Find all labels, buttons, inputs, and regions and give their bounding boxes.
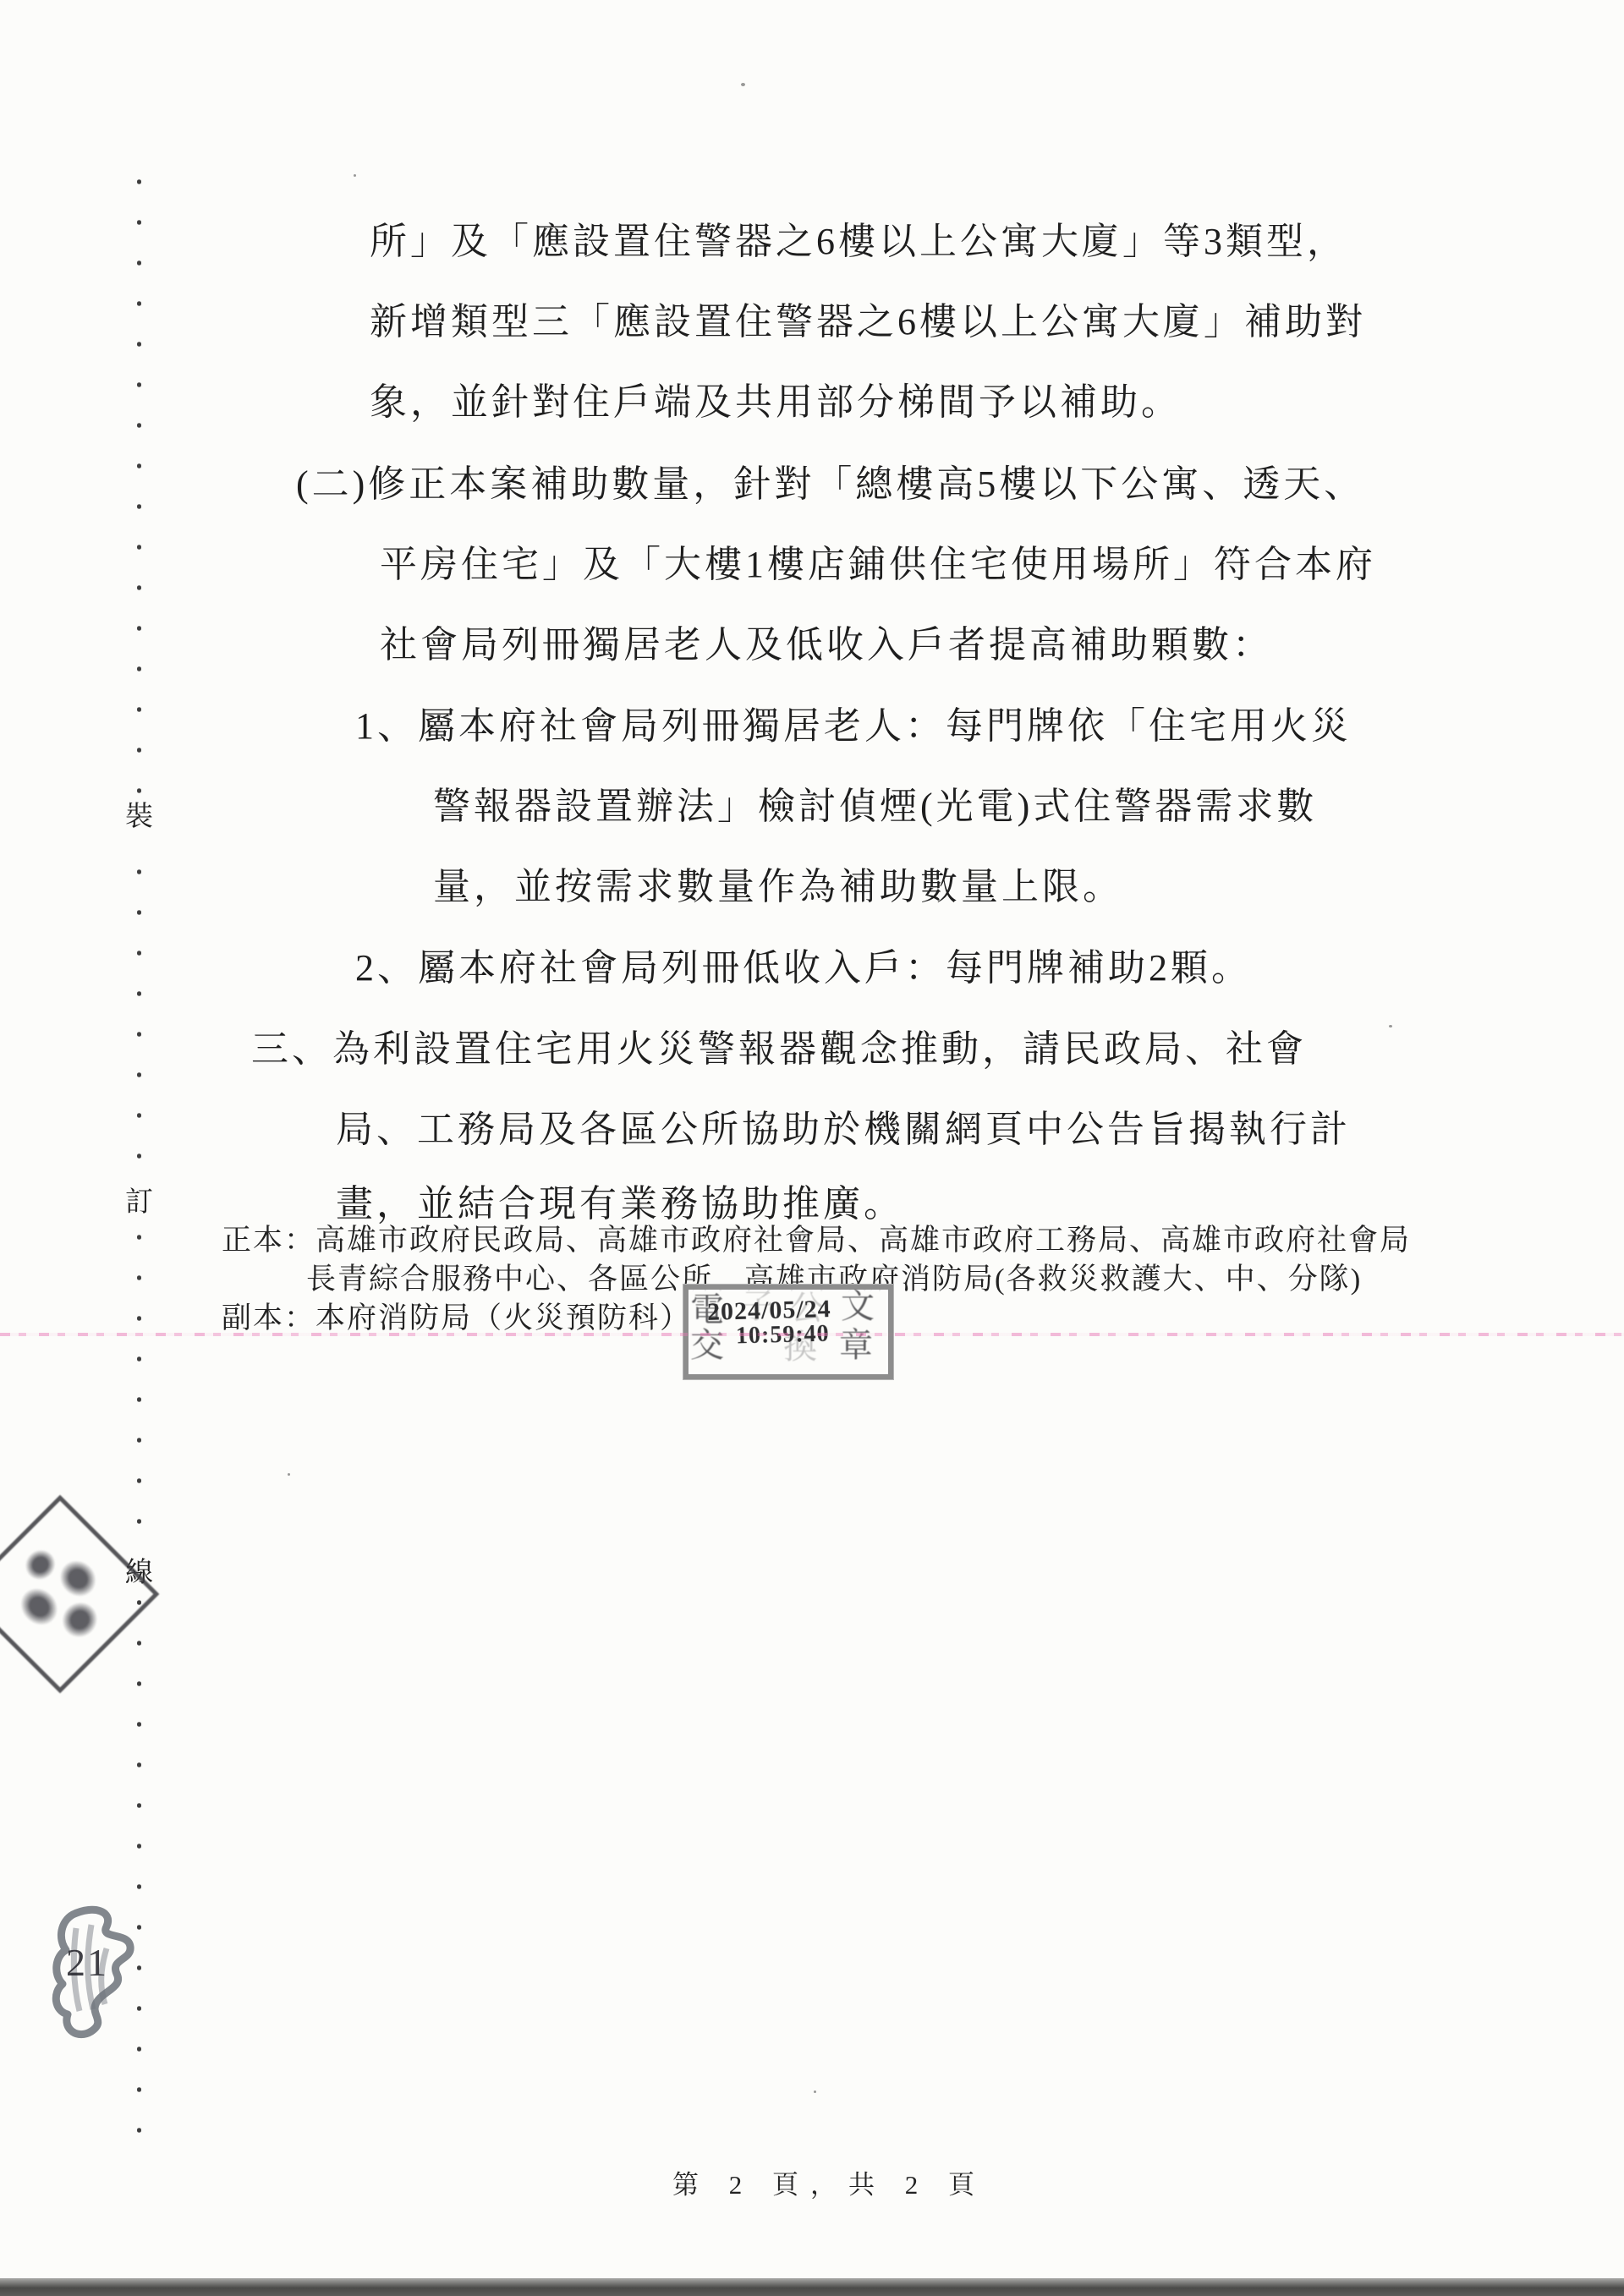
recipient-original-line1: 正本：高雄市政府民政局、高雄市政府社會局、高雄市政府工務局、高雄市政府社會局 bbox=[222, 1225, 1411, 1258]
doodle-number: 21 bbox=[66, 1940, 108, 1985]
binding-mark-zhuang: 裝 bbox=[123, 797, 155, 838]
body-line: 1、屬本府社會局列冊獨居老人：每門牌依「住宅用火災 bbox=[355, 706, 1352, 747]
scan-speck bbox=[288, 1473, 290, 1476]
scan-speck bbox=[814, 2091, 816, 2093]
body-line: 新增類型三「應設置住警器之6樓以上公寓大廈」補助對 bbox=[370, 302, 1366, 342]
binding-mark-ding: 訂 bbox=[123, 1182, 155, 1224]
body-line: 2、屬本府社會局列冊低收入戶：每門牌補助2顆。 bbox=[355, 948, 1252, 989]
handwritten-doodle: 21 bbox=[47, 1903, 149, 2047]
body-line: 警報器設置辦法」檢討偵煙(光電)式住警器需求數 bbox=[433, 786, 1317, 827]
scanned-document-page: 裝 訂 線 所」及「應設置住警器之6樓以上公寓大廈」等3類型， 新增類型三「應設… bbox=[0, 0, 1624, 2296]
body-line: 畫，並結合現有業務協助推廣。 bbox=[336, 1184, 904, 1225]
body-line: 平房住宅」及「大樓1樓店鋪供住宅使用場所」符合本府 bbox=[380, 545, 1376, 585]
body-line: 局、工務局及各區公所協助於機關網頁中公告旨揭執行計 bbox=[336, 1110, 1351, 1150]
scanner-artifact-line bbox=[0, 1333, 1624, 1336]
electronic-exchange-stamp: 電 子 公 文 交 換 章 2024/05/24 10:59:40 bbox=[683, 1285, 893, 1379]
binding-dotted-line bbox=[137, 179, 141, 2162]
stamp-smudge bbox=[55, 1595, 104, 1644]
corner-diamond-stamp bbox=[0, 1495, 159, 1694]
body-line: 所」及「應設置住警器之6樓以上公寓大廈」等3類型， bbox=[370, 222, 1347, 262]
body-line: 量，並按需求數量作為補助數量上限。 bbox=[433, 867, 1123, 907]
body-line: (二)修正本案補助數量，針對「總樓高5樓以下公寓、透天、 bbox=[296, 464, 1364, 505]
stamp-smudge bbox=[14, 1581, 65, 1632]
stamp-char: 文 bbox=[841, 1290, 875, 1323]
body-line: 象，並針對住戶端及共用部分梯間予以補助。 bbox=[370, 382, 1182, 423]
scan-edge-band bbox=[0, 2278, 1624, 2296]
body-line: 社會局列冊獨居老人及低收入戶者提高補助顆數： bbox=[380, 625, 1273, 666]
scan-speck bbox=[1389, 1025, 1392, 1027]
recipient-copy-line: 副本：本府消防局（火災預防科） bbox=[222, 1302, 691, 1335]
body-line: 三、為利設置住宅用火災警報器觀念推動，請民政局、社會 bbox=[251, 1029, 1307, 1070]
page-number-footer: 第 2 頁，共 2 頁 bbox=[672, 2163, 986, 2201]
scan-speck bbox=[354, 174, 356, 177]
scan-speck bbox=[741, 83, 745, 86]
